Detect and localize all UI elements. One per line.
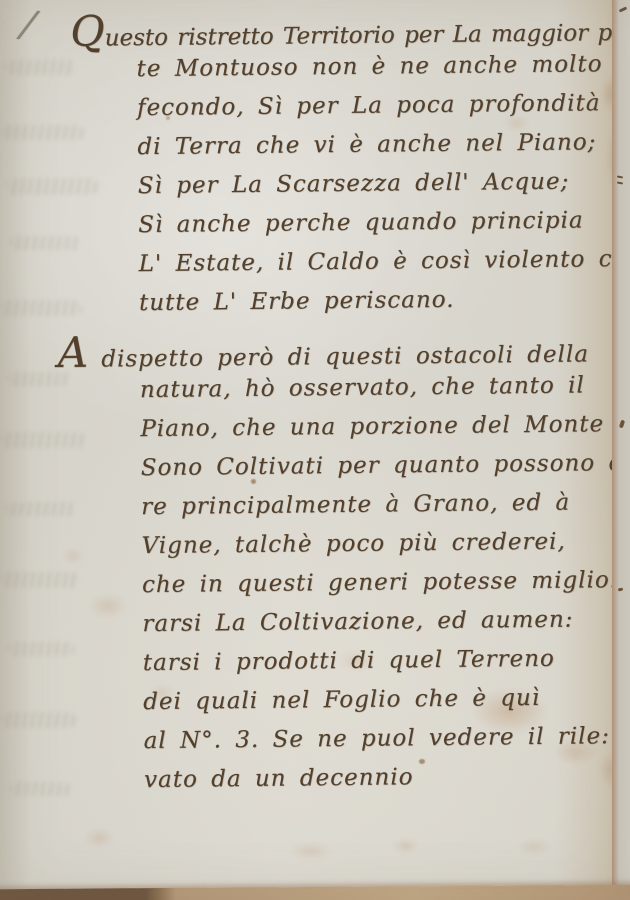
manuscript-line: Sono Coltivati per quanto possono esse: bbox=[141, 444, 617, 488]
manuscript-line: Sì per La Scarsezza dell' Acque; bbox=[138, 162, 614, 206]
next-page-edge bbox=[612, 0, 630, 888]
foxing-stain bbox=[80, 826, 118, 850]
manuscript-page: / Questo ristretto Territorio per La mag… bbox=[0, 0, 630, 900]
foxing-stain bbox=[284, 840, 338, 862]
folio-slash-mark: / bbox=[18, 1, 38, 47]
page-fore-edge bbox=[592, 0, 614, 888]
foxing-stain bbox=[390, 836, 422, 856]
manuscript-line: rarsi La Coltivazione, ed aumen: bbox=[142, 600, 618, 644]
manuscript-line: A dispetto però di questi ostacoli della bbox=[57, 327, 615, 372]
manuscript-line: Piano, che una porzione del Monte bbox=[140, 405, 616, 449]
manuscript-photo: / Questo ristretto Territorio per La mag… bbox=[0, 0, 630, 900]
manuscript-line: che in questi generi potesse miglio: bbox=[142, 561, 618, 605]
page-bottom-edge bbox=[0, 885, 630, 900]
manuscript-line: Questo ristretto Territorio per La maggi… bbox=[70, 6, 612, 51]
manuscript-text: Questo ristretto Territorio per La maggi… bbox=[52, 6, 620, 801]
manuscript-line: al N°. 3. Se ne puol vedere il rile: bbox=[143, 717, 619, 761]
manuscript-line: tarsi i prodotti di quel Terreno bbox=[143, 639, 619, 683]
manuscript-line: dei quali nel Foglio che è quì bbox=[143, 678, 619, 722]
manuscript-line: tutte L' Erbe periscano. bbox=[139, 279, 615, 323]
manuscript-line: natura, hò osservato, che tanto il bbox=[140, 366, 616, 410]
manuscript-line: fecondo, Sì per La poca profondità bbox=[137, 84, 613, 128]
manuscript-line: L' Estate, il Caldo è così violento che bbox=[138, 240, 614, 284]
manuscript-line: re principalmente à Grano, ed à bbox=[141, 483, 617, 527]
foxing-stain bbox=[512, 836, 556, 858]
manuscript-line: te Montuoso non è ne anche molto bbox=[136, 45, 612, 89]
manuscript-line: Sì anche perche quando principia bbox=[138, 201, 614, 245]
manuscript-line: vato da un decennio bbox=[144, 756, 620, 800]
manuscript-line: di Terra che vi è anche nel Piano; bbox=[137, 123, 613, 167]
manuscript-line: Vigne, talchè poco più crederei, bbox=[141, 522, 617, 566]
